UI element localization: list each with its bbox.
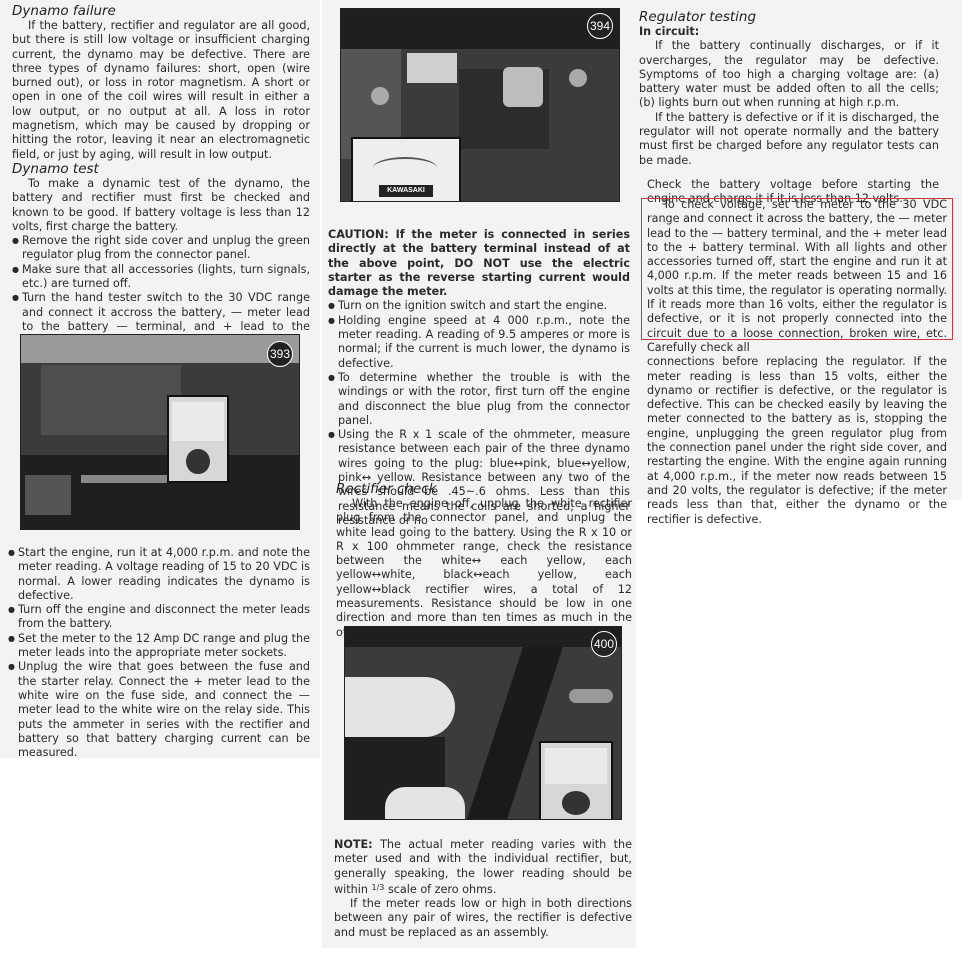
voltage-check-text: To check voltage, set the meter to the 3… [647, 198, 947, 527]
figure-number-393: 393 [267, 341, 293, 367]
note-fraction: 1/3 [372, 883, 385, 892]
figure-number-394: 394 [587, 13, 613, 39]
dynamo-test-bullet: Make sure that all accessories (lights, … [12, 263, 310, 292]
test-bullet: Turn on the ignition switch and start th… [328, 299, 630, 313]
rectifier-check-section: Rectifier check With the engine off, unp… [336, 482, 632, 640]
step-bullet: Turn off the engine and disconnect the m… [8, 603, 310, 632]
figure-393-photo: 393 [20, 334, 300, 530]
in-circuit-subheading: In circuit: [639, 25, 939, 39]
dynamo-section: Dynamo failure If the battery, rectifier… [12, 4, 310, 349]
rectifier-check-body: With the engine off, unplug the white re… [336, 497, 632, 640]
note-label: NOTE: [334, 838, 373, 851]
caution-label: CAUTION: [328, 228, 389, 241]
rectifier-check-heading: Rectifier check [336, 482, 632, 497]
step-bullet: Set the meter to the 12 Amp DC range and… [8, 632, 310, 661]
caution-paragraph: CAUTION: If the meter is connected in se… [328, 228, 630, 299]
figure-394-photo: KAWASAKI 394 [340, 8, 620, 202]
dynamo-failure-heading: Dynamo failure [12, 4, 310, 19]
test-bullet: Holding engine speed at 4 000 r.p.m., no… [328, 314, 630, 371]
regulator-testing-section: Regulator testing In circuit: If the bat… [639, 10, 939, 207]
dynamo-test-heading: Dynamo test [12, 162, 310, 177]
step-bullet: Start the engine, run it at 4,000 r.p.m.… [8, 546, 310, 603]
highlighted-paragraph: To check voltage, set the meter to the 3… [647, 198, 947, 355]
dynamo-test-intro: To make a dynamic test of the dynamo, th… [12, 177, 310, 234]
kawasaki-meter-image: KAWASAKI [351, 137, 461, 202]
dynamo-test-steps: Start the engine, run it at 4,000 r.p.m.… [8, 546, 310, 760]
dynamo-test-bullet: Remove the right side cover and unplug t… [12, 234, 310, 263]
regulator-para-1: If the battery continually discharges, o… [639, 39, 939, 110]
continuation-paragraph: connections before replacing the regulat… [647, 355, 947, 527]
step-bullet: Unplug the wire that goes between the fu… [8, 660, 310, 760]
note-section: NOTE: The actual meter reading varies wi… [334, 838, 632, 940]
multimeter-image [167, 395, 229, 483]
figure-400-photo: 400 [344, 626, 622, 820]
note-followup: If the meter reads low or high in both d… [334, 897, 632, 940]
figure-number-400: 400 [591, 631, 617, 657]
test-bullet: To determine whether the trouble is with… [328, 371, 630, 428]
note-text-end: scale of zero ohms. [388, 883, 496, 896]
dynamo-failure-body: If the battery, rectifier and regulator … [12, 19, 310, 162]
regulator-testing-heading: Regulator testing [639, 10, 939, 25]
multimeter-image [539, 741, 613, 820]
meter-brand-label: KAWASAKI [379, 185, 433, 197]
regulator-para-2: If the battery is defective or if it is … [639, 111, 939, 168]
note-paragraph: NOTE: The actual meter reading varies wi… [334, 838, 632, 897]
